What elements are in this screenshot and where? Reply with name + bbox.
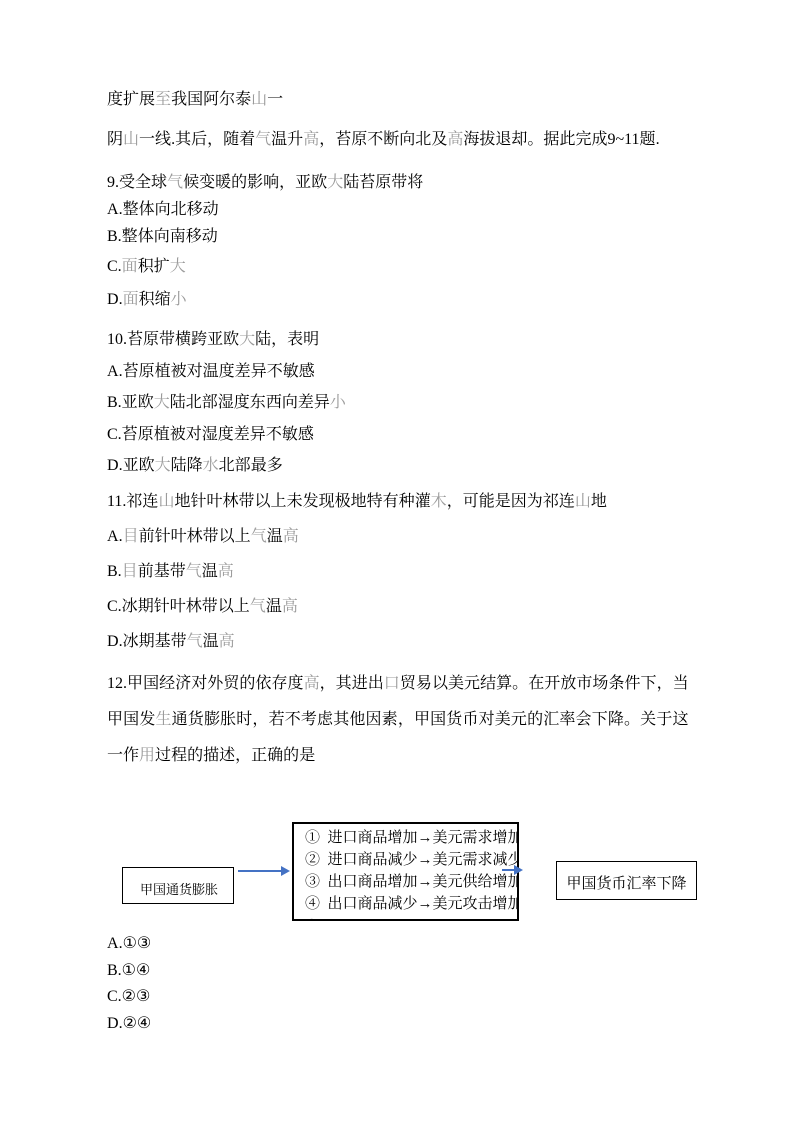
question-12-option-D: D.②④ xyxy=(107,1015,151,1033)
exam-document-page: 度扩展至我国阿尔泰山一阴山一线.其后，随着气温升高，苔原不断向北及高海拔退却。据… xyxy=(0,0,794,1123)
question-10-option-A: A.苔原植被对温度差异不敏感 xyxy=(107,363,315,381)
question-12-option-B: B.①④ xyxy=(107,962,150,980)
question-11-option-C: C.冰期针叶林带以上气温高 xyxy=(107,598,298,616)
right-arrow-head-icon xyxy=(514,865,523,875)
question-11-option-B: B.目前基带气温高 xyxy=(107,563,234,581)
question-12-option-C: C.②③ xyxy=(107,988,150,1006)
question-10-stem: 10.苔原带横跨亚欧大陆，表明 xyxy=(107,331,319,349)
flowchart-middle-item: ③ 出口商品增加→美元供给增加 xyxy=(305,871,517,893)
question-10-option-D: D.亚欧大陆降水北部最多 xyxy=(107,457,283,475)
question-9-option-B: B.整体向南移动 xyxy=(107,228,218,246)
intro-line: 度扩展至我国阿尔泰山一 xyxy=(107,91,283,109)
flowchart-middle-item: ① 进口商品增加→美元需求增加 xyxy=(305,827,517,849)
intro-line: 阴山一线.其后，随着气温升高，苔原不断向北及高海拔退却。据此完成9~11题. xyxy=(107,131,660,149)
question-11-option-D: D.冰期基带气温高 xyxy=(107,633,235,651)
left-arrow-line xyxy=(238,870,282,872)
flowchart-middle-item: ⑤ xyxy=(305,915,517,921)
left-arrow-head-icon xyxy=(281,866,290,876)
question-9-option-A: A.整体向北移动 xyxy=(107,201,219,219)
question-10-option-B: B.亚欧大陆北部湿度东西向差异小 xyxy=(107,394,346,412)
question-11-option-A: A.目前针叶林带以上气温高 xyxy=(107,528,299,546)
flowchart-middle-box: ① 进口商品增加→美元需求增加② 进口商品减少→美元需求减少③ 出口商品增加→美… xyxy=(292,822,519,921)
flowchart-middle-item: ② 进口商品减少→美元需求减少 xyxy=(305,849,517,871)
question-12-option-A: A.①③ xyxy=(107,935,151,953)
question-10-option-C: C.苔原植被对湿度差异不敏感 xyxy=(107,426,314,444)
flowchart-left-box: 甲国通货膨胀 xyxy=(122,867,234,904)
question-9-option-C: C.面积扩大 xyxy=(107,258,186,276)
question-9-stem: 9.受全球气候变暖的影响，亚欧大陆苔原带将 xyxy=(107,174,423,192)
question-9-option-D: D.面积缩小 xyxy=(107,291,187,309)
question-11-stem: 11.祁连山地针叶林带以上未发现极地特有种灌木，可能是因为祁连山地 xyxy=(107,493,607,511)
flowchart-right-box: 甲国货币汇率下降 xyxy=(556,861,697,900)
flowchart-middle-item: ④ 出口商品减少→美元攻击增加 xyxy=(305,893,517,915)
question-12-stem: 12.甲国经济对外贸的依存度高，其进出口贸易以美元结算。在开放市场条件下，当甲国… xyxy=(107,666,689,774)
